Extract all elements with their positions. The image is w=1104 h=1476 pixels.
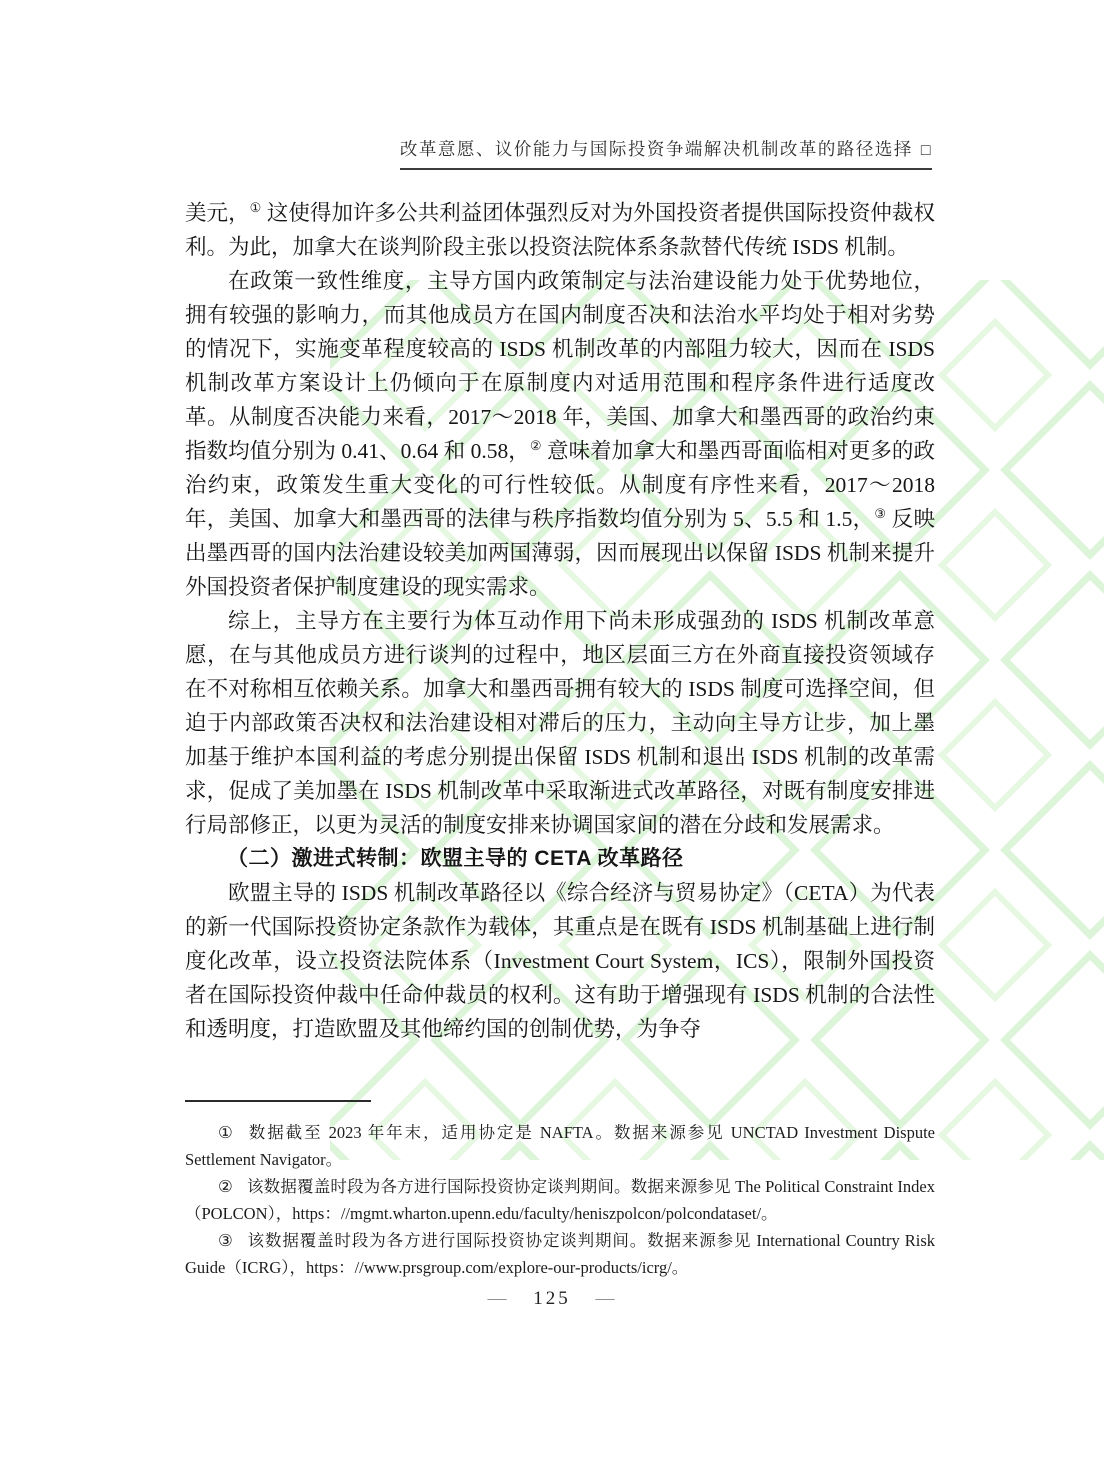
running-head: 改革意愿、议价能力与国际投资争端解决机制改革的路径选择□ [400, 136, 932, 170]
paragraph: 综上，主导方在主要行为体互动作用下尚未形成强劲的 ISDS 机制改革意愿，在与其… [185, 604, 935, 842]
footnote-marker: ② [218, 1177, 233, 1196]
pager-right-dash: — [596, 1288, 617, 1309]
document-page: 改革意愿、议价能力与国际投资争端解决机制改革的路径选择□ 美元，① 这使得加许多… [0, 0, 1104, 1476]
pager-left-dash: — [488, 1288, 509, 1309]
footnote-marker: ① [218, 1123, 235, 1142]
paragraph-text: 欧盟主导的 ISDS 机制改革路径以《综合经济与贸易协定》（CETA）为代表的新… [185, 881, 935, 1041]
title-box-symbol: □ [921, 142, 932, 159]
footnote-text: 该数据覆盖时段为各方进行国际投资协定谈判期间。数据来源参见 Internatio… [185, 1231, 935, 1277]
footnote-marker: ③ [218, 1231, 234, 1250]
section-heading: （二）激进式转制：欧盟主导的 CETA 改革路径 [185, 842, 935, 876]
footnote-text: 数据截至 2023 年年末，适用协定是 NAFTA。数据来源参见 UNCTAD … [185, 1123, 935, 1169]
footnote: ②该数据覆盖时段为各方进行国际投资协定谈判期间。数据来源参见 The Polit… [185, 1173, 935, 1227]
page-number-row: — 125 — [0, 1288, 1104, 1310]
article-body: 美元，① 这使得加许多公共利益团体强烈反对为外国投资者提供国际投资仲裁权利。为此… [185, 196, 935, 1046]
footnote-ref: ② [530, 438, 542, 453]
footnote-ref: ① [250, 200, 262, 215]
paragraph-text: 在政策一致性维度，主导方国内政策制定与法治建设能力处于优势地位，拥有较强的影响力… [185, 269, 935, 463]
footnote-block: ①数据截至 2023 年年末，适用协定是 NAFTA。数据来源参见 UNCTAD… [185, 1100, 935, 1281]
page-number: 125 [533, 1288, 571, 1309]
paragraph: 美元，① 这使得加许多公共利益团体强烈反对为外国投资者提供国际投资仲裁权利。为此… [185, 196, 935, 264]
footnote-ref: ③ [874, 506, 886, 521]
paragraph-text: 美元， [185, 201, 250, 225]
footnote: ③该数据覆盖时段为各方进行国际投资协定谈判期间。数据来源参见 Internati… [185, 1227, 935, 1281]
paragraph: 欧盟主导的 ISDS 机制改革路径以《综合经济与贸易协定》（CETA）为代表的新… [185, 876, 935, 1046]
paragraph-text: （二）激进式转制：欧盟主导的 CETA 改革路径 [227, 847, 684, 870]
paragraph-text: 这使得加许多公共利益团体强烈反对为外国投资者提供国际投资仲裁权利。为此，加拿大在… [185, 201, 935, 259]
paragraph-text: 综上，主导方在主要行为体互动作用下尚未形成强劲的 ISDS 机制改革意愿，在与其… [185, 609, 935, 837]
running-head-title: 改革意愿、议价能力与国际投资争端解决机制改革的路径选择 [400, 139, 913, 159]
footnote-text: 该数据覆盖时段为各方进行国际投资协定谈判期间。数据来源参见 The Politi… [185, 1177, 935, 1223]
footnote-rule [185, 1100, 371, 1102]
footnote: ①数据截至 2023 年年末，适用协定是 NAFTA。数据来源参见 UNCTAD… [185, 1119, 935, 1173]
paragraph: 在政策一致性维度，主导方国内政策制定与法治建设能力处于优势地位，拥有较强的影响力… [185, 264, 935, 604]
